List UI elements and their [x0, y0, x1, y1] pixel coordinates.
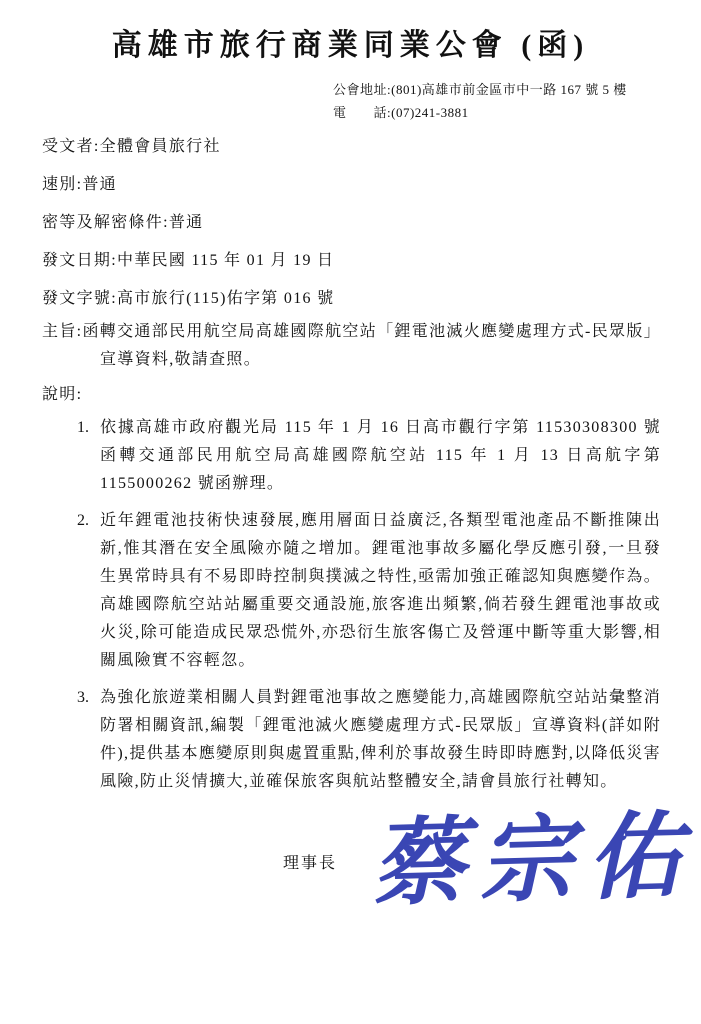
chairman-signature: 蔡宗佑: [370, 806, 697, 918]
org-contact-block: 公會地址:(801)高雄市前金區市中一路 167 號 5 樓 電 話:(07)2…: [333, 78, 701, 124]
explanation-item-1: 1. 依據高雄市政府觀光局 115 年 1 月 16 日高市觀行字第 11530…: [77, 414, 661, 498]
item-text: 為強化旅遊業相關人員對鋰電池事故之應變能力,高雄國際航空站站彙整消防署相關資訊,…: [100, 684, 661, 796]
item-number: 3.: [77, 684, 100, 796]
item-text: 近年鋰電池技術快速發展,應用層面日益廣泛,各類型電池產品不斷推陳出新,惟其潛在安…: [100, 507, 661, 675]
speed-class-line: 速別:普通: [42, 166, 661, 204]
explanation-item-3: 3. 為強化旅遊業相關人員對鋰電池事故之應變能力,高雄國際航空站站彙整消防署相關…: [77, 684, 661, 796]
issue-date-line: 發文日期:中華民國 115 年 01 月 19 日: [42, 242, 661, 280]
explanation-heading: 說明:: [42, 380, 661, 410]
letter-meta-block: 受文者:全體會員旅行社 速別:普通 密等及解密條件:普通 發文日期:中華民國 1…: [42, 128, 661, 318]
item-number: 1.: [77, 414, 100, 498]
explanation-item-2: 2. 近年鋰電池技術快速發展,應用層面日益廣泛,各類型電池產品不斷推陳出新,惟其…: [77, 507, 661, 675]
chairman-title-label: 理事長: [283, 850, 337, 873]
org-address: 公會地址:(801)高雄市前金區市中一路 167 號 5 樓: [333, 78, 701, 101]
org-phone: 電 話:(07)241-3881: [333, 101, 701, 124]
signature-block: 理事長 蔡宗佑: [283, 810, 701, 913]
recipient-line: 受文者:全體會員旅行社: [42, 128, 661, 166]
explanation-list: 1. 依據高雄市政府觀光局 115 年 1 月 16 日高市觀行字第 11530…: [77, 414, 661, 796]
security-class-line: 密等及解密條件:普通: [42, 204, 661, 242]
official-letter-page: 高雄市旅行商業同業公會 (函) 公會地址:(801)高雄市前金區市中一路 167…: [0, 0, 701, 1024]
document-title: 高雄市旅行商業同業公會 (函): [0, 24, 701, 68]
item-number: 2.: [77, 507, 100, 675]
item-text: 依據高雄市政府觀光局 115 年 1 月 16 日高市觀行字第 11530308…: [100, 414, 661, 498]
subject-line: 主旨:函轉交通部民用航空局高雄國際航空站「鋰電池滅火應變處理方式-民眾版」宣導資…: [42, 318, 661, 374]
issue-number-line: 發文字號:高市旅行(115)佑字第 016 號: [42, 280, 661, 318]
